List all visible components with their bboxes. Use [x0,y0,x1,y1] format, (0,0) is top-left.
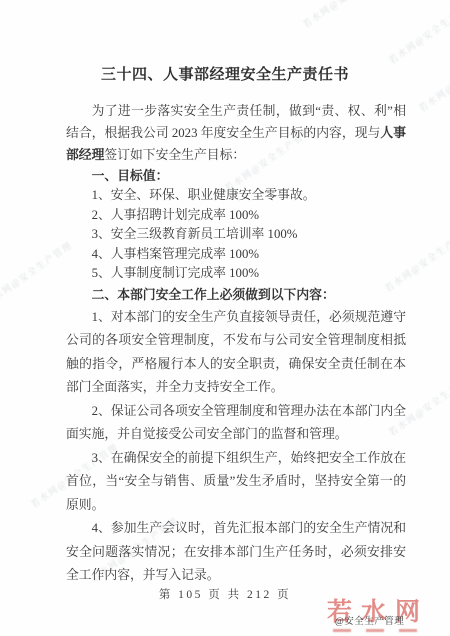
document-page: 若水网@安全生产管理 若水网@安全生产管理 若水网@安全生产管理 若水网@安全生… [0,0,450,636]
target-item-5: 5、人事制度制订完成率 100% [66,264,406,284]
section1-heading: 一、目标值： [66,166,406,186]
duty-item-1: 1、对本部门的安全生产负直接领导责任，必须规范遵守公司的各项安全管理制度，不发布… [66,306,406,400]
intro-paragraph: 为了进一步落实安全生产责任制，做到“责、权、利”相结合，根据我公司 2023 年… [66,100,406,166]
intro-text-start: 为了进一步落实安全生产责任制，做到“责、权、利”相结合，根据我公司 2023 年… [66,104,406,140]
logo-overlay-text: @安全生产管理 [335,613,404,627]
logo-underline-marks [333,629,445,632]
target-item-3: 3、安全三级教育新员工培训率 100% [66,225,406,245]
page-title: 三十四、人事部经理安全生产责任书 [0,64,450,86]
target-item-4: 4、人事档案管理完成率 100% [66,245,406,265]
target-item-2: 2、人事招聘计划完成率 100% [66,206,406,226]
ruoshui-watermark-logo: 若水网 @安全生产管理 [327,600,445,632]
diagonal-watermark: 若水网@安全生产管理 [0,238,75,308]
duty-item-3: 3、在确保安全的前提下组织生产，始终把安全工作放在首位，当“安全与销售、质量”发… [66,447,406,518]
duty-item-2: 2、保证公司各项安全管理制度和管理办法在本部门内全面实施，并自觉接受公司安全部门… [66,400,406,447]
diagonal-watermark: 若水网@安全生产管理 [386,0,450,67]
duty-item-4: 4、参加生产会议时，首先汇报本部门的安全生产情况和安全问题落实情况；在安排本部门… [66,517,406,588]
section2-heading: 二、本部门安全工作上必须做到以下内容： [66,284,406,306]
target-item-1: 1、安全、环保、职业健康安全零事故。 [66,186,406,206]
document-body: 三十四、人事部经理安全生产责任书 为了进一步落实安全生产责任制，做到“责、权、利… [66,64,406,588]
diagonal-watermark: 若水网@安全生产管理 [300,0,393,31]
intro-text-end: 签订如下安全生产目标： [104,148,245,162]
